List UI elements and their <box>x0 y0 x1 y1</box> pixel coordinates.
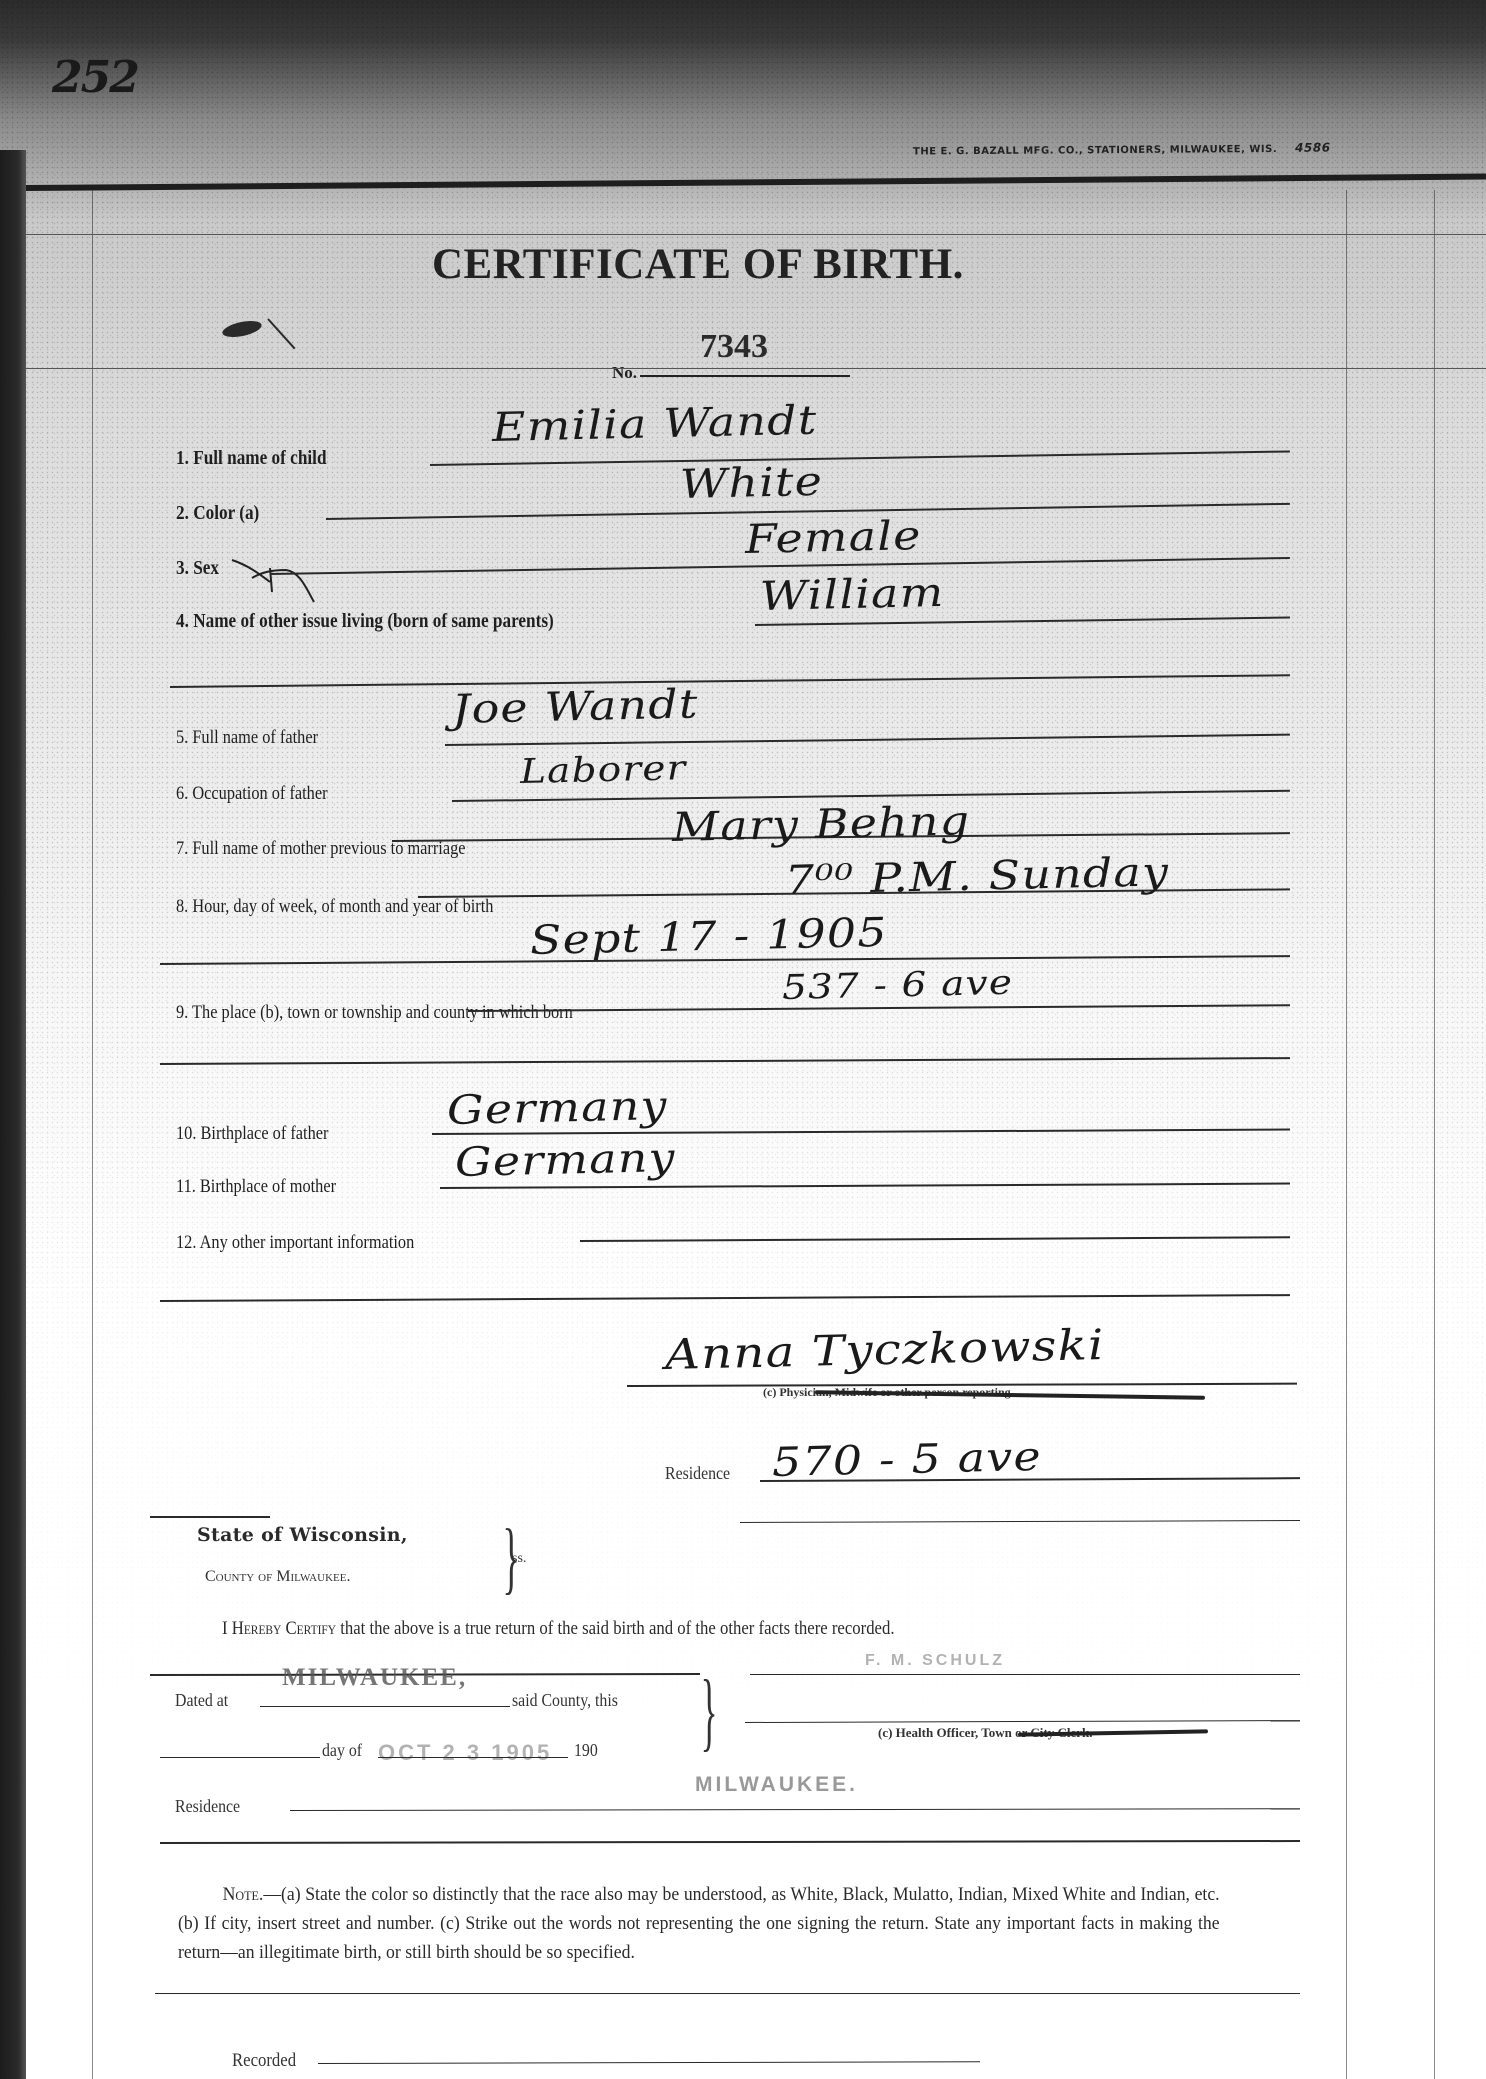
field-2-label: 2. Color (a) <box>176 502 259 525</box>
note-bottom-rule <box>155 1993 1300 1994</box>
day-line <box>160 1757 320 1758</box>
section-rule <box>26 368 1486 369</box>
field-11-label: 11. Birthplace of mother <box>176 1176 336 1198</box>
field-5-value-father-name[interactable]: Joe Wandt <box>451 681 699 733</box>
field-7-value-mother-maiden-name[interactable]: Mary Behng <box>671 798 971 851</box>
dated-at-stamp: MILWAUKEE, <box>282 1664 467 1692</box>
printer-imprint: THE E. G. BAZALL MFG. CO., STATIONERS, M… <box>913 141 1331 158</box>
field-1-value-child-name[interactable]: Emilia Wandt <box>491 398 818 451</box>
pen-scribble <box>210 548 320 608</box>
field-8-value-date[interactable]: Sept 17 - 1905 <box>529 910 888 964</box>
year-prefix: 190 <box>574 1740 598 1761</box>
field-6-label: 6. Occupation of father <box>176 783 328 805</box>
dated-at-label: Dated at <box>175 1690 228 1711</box>
certificate-number: 7343 <box>700 328 768 366</box>
date-stamp: OCT 2 3 1905 <box>378 1740 552 1766</box>
binding-edge <box>0 150 26 2079</box>
field-1-label: 1. Full name of child <box>176 447 327 470</box>
field-8-label: 8. Hour, day of week, of month and year … <box>176 896 493 918</box>
field-3-value-sex[interactable]: Female <box>744 513 922 563</box>
date-line <box>378 1757 568 1758</box>
said-county-label: said County, this <box>512 1690 618 1711</box>
field-4-label: 4. Name of other issue living (born of s… <box>176 610 554 633</box>
field-10-label: 10. Birthplace of father <box>176 1123 328 1145</box>
field-10-value-father-birthplace[interactable]: Germany <box>446 1083 668 1134</box>
field-9-value-birthplace-address[interactable]: 537 - 6 ave <box>781 963 1013 1008</box>
reporter-residence-value[interactable]: 570 - 5 ave <box>771 1434 1042 1486</box>
document-title: CERTIFICATE OF BIRTH. <box>432 240 964 289</box>
certificate-number-line <box>640 375 850 377</box>
dated-at-line <box>260 1706 510 1707</box>
instructions-note: Note.—(a) State the color so distinctly … <box>178 1880 1220 1967</box>
officer-residence-label: Residence <box>175 1796 240 1817</box>
field-4-value-other-issue[interactable]: William <box>759 570 945 620</box>
certificate-number-label: No. <box>612 363 637 383</box>
recorded-label: Recorded <box>232 2050 296 2072</box>
field-5-label: 5. Full name of father <box>176 727 318 749</box>
attestation-rule-left <box>150 1516 270 1518</box>
certification-statement: I Hereby Certify that the above is a tru… <box>222 1618 895 1640</box>
officer-city-stamp: MILWAUKEE. <box>695 1773 858 1797</box>
scilicet-ss: ss. <box>512 1551 526 1567</box>
county-name: County of Milwaukee. <box>205 1568 350 1586</box>
printer-code: 4586 <box>1295 141 1331 155</box>
officer-signature-line <box>750 1674 1300 1675</box>
margin-rule-left <box>92 190 93 2079</box>
brace-right: } <box>701 1668 718 1756</box>
field-6-value-father-occupation[interactable]: Laborer <box>519 748 687 792</box>
field-8-value-hour-day[interactable]: 7⁰⁰ P.M. Sunday <box>784 849 1169 904</box>
state-name: State of Wisconsin, <box>197 1524 408 1546</box>
day-of-label: day of <box>322 1740 362 1761</box>
scanned-page-background <box>0 0 1486 2079</box>
page-number: 252 <box>52 52 138 103</box>
field-12-label: 12. Any other important information <box>176 1232 414 1254</box>
field-9-label: 9. The place (b), town or township and c… <box>176 1002 573 1024</box>
field-2-value-color[interactable]: White <box>679 459 823 508</box>
margin-rule-right-inner <box>1346 190 1347 2079</box>
header-rule <box>26 234 1486 235</box>
reporter-residence-label: Residence <box>665 1463 730 1484</box>
margin-rule-right-outer <box>1434 190 1435 2079</box>
field-11-value-mother-birthplace[interactable]: Germany <box>454 1135 676 1186</box>
reporter-signature: Anna Tyczkowski <box>664 1320 1105 1379</box>
officer-stamp: F. M. SCHULZ <box>865 1652 1005 1670</box>
